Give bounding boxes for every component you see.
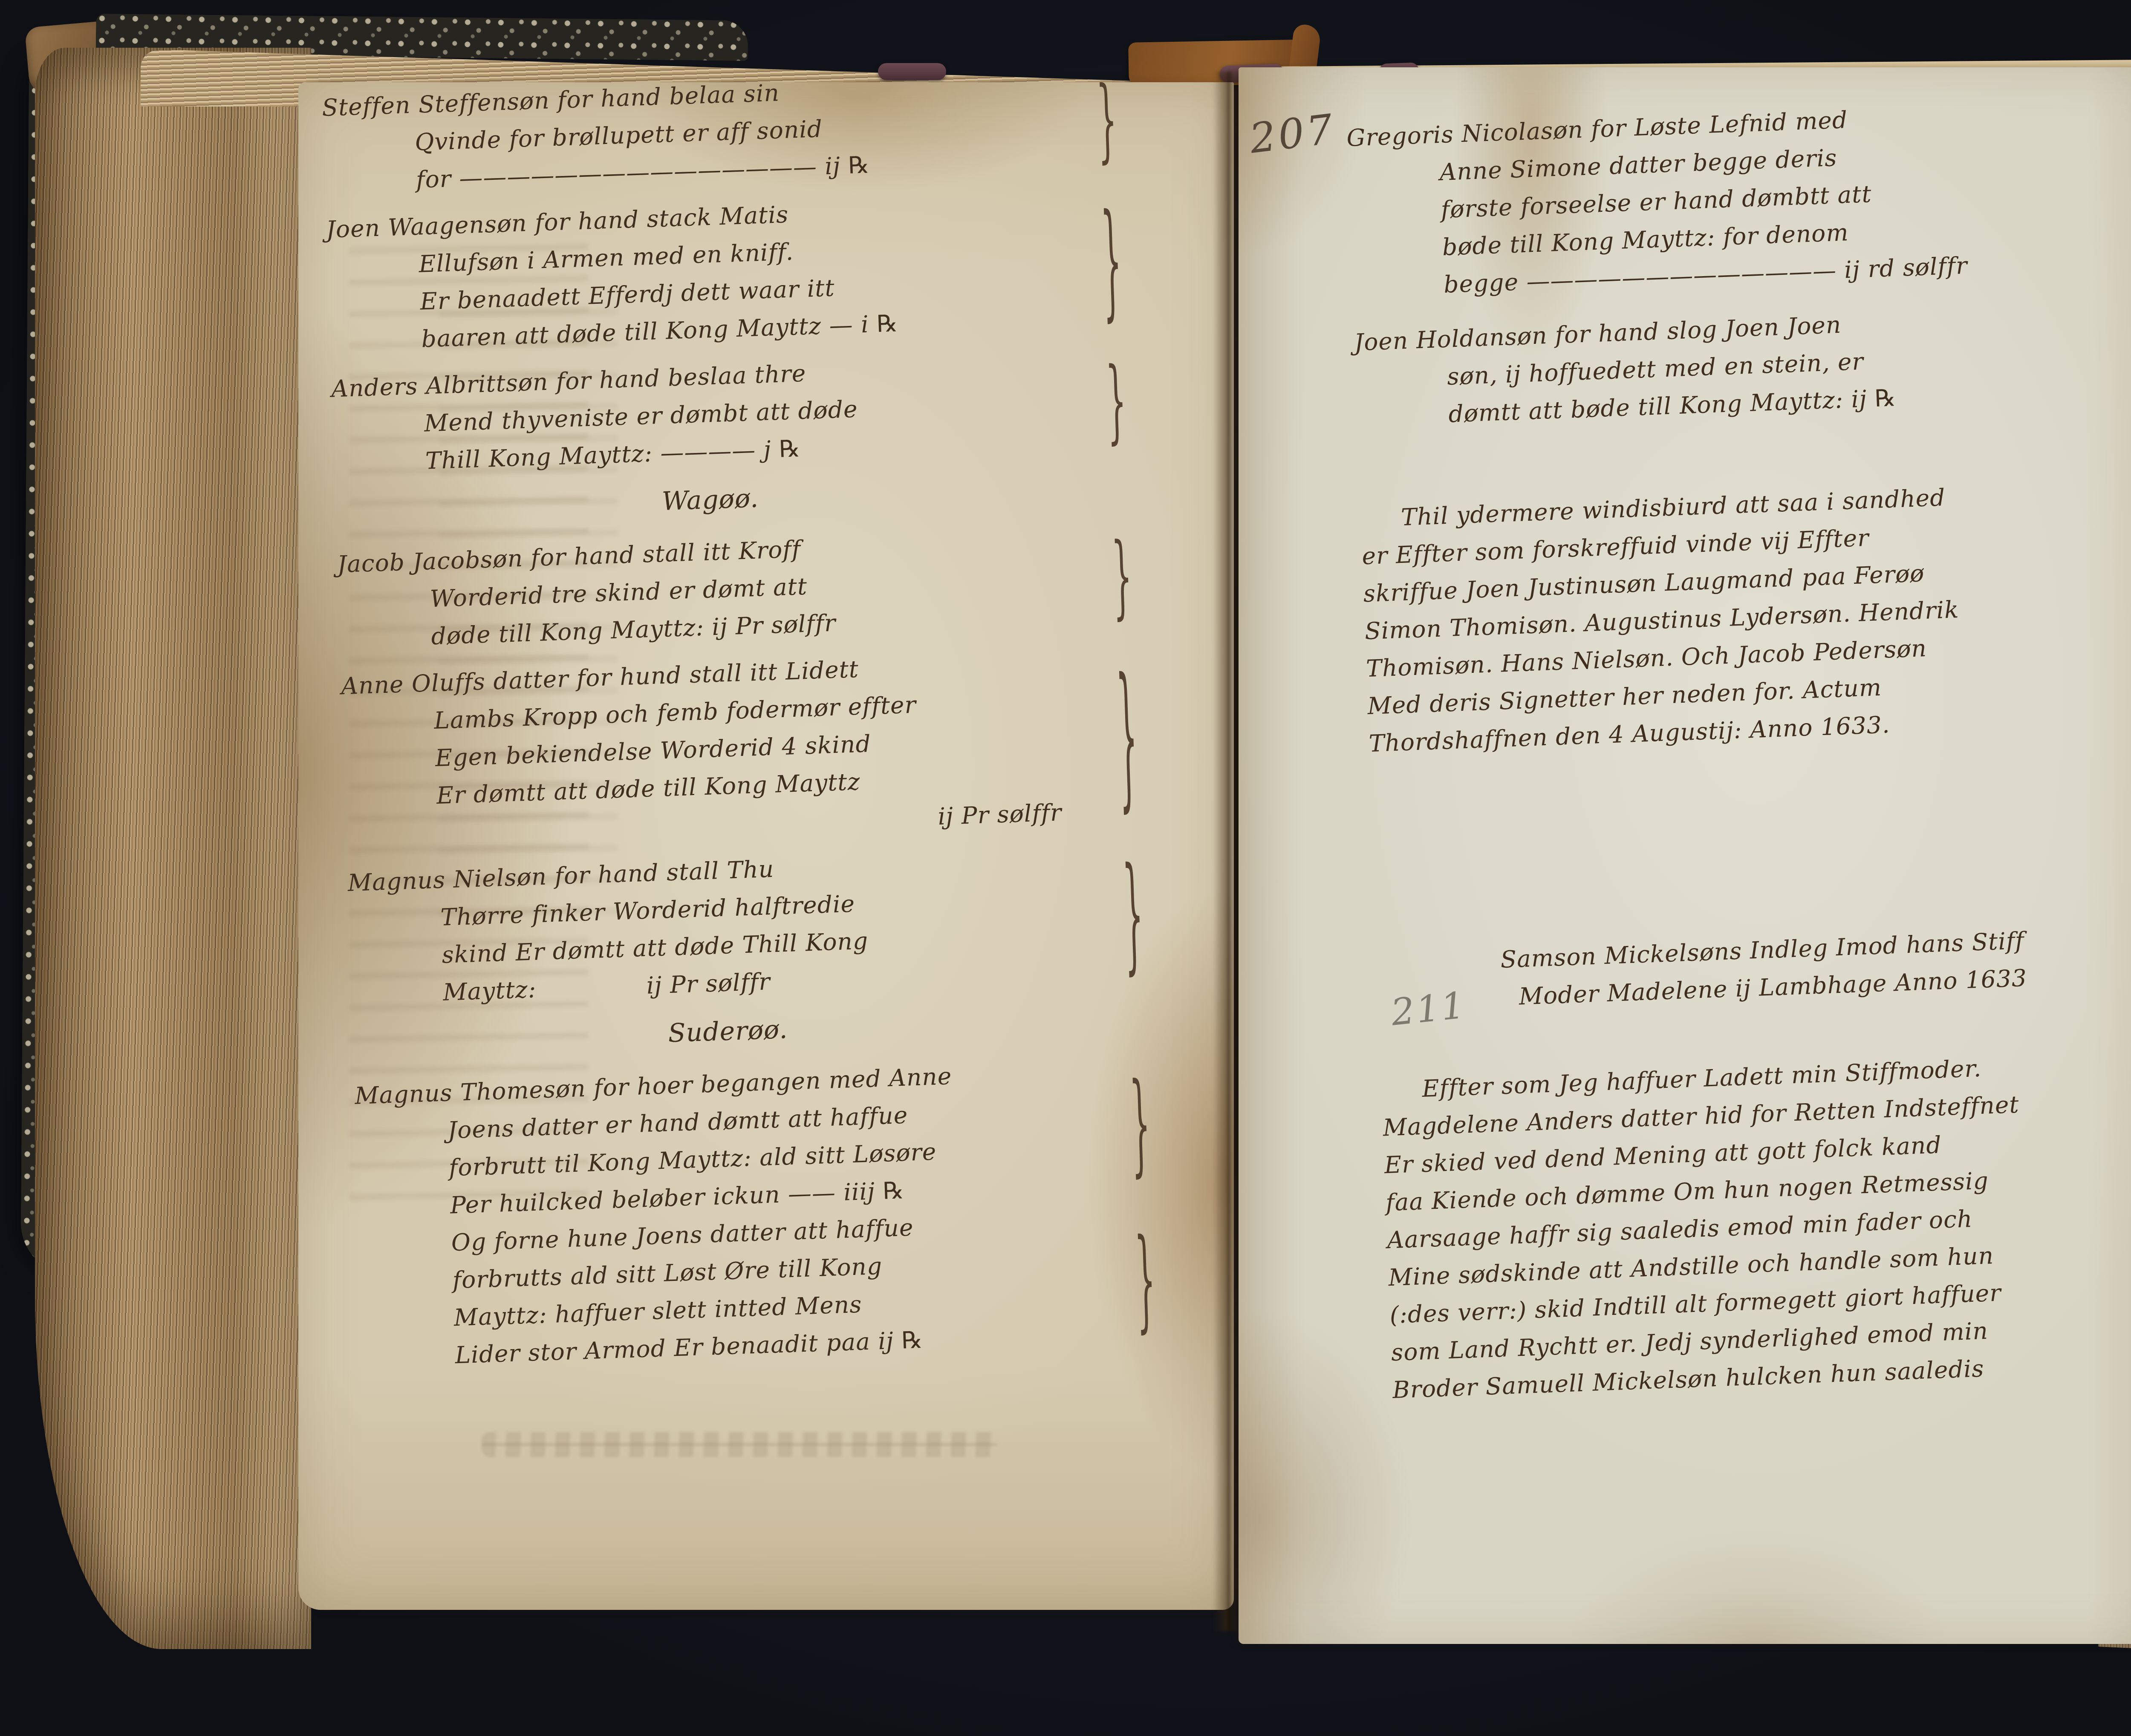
plea-paragraph: Effter som Jeg haffuer Ladett min Stiffm… [1381, 1041, 2131, 1409]
page-stack-fore-edge-left [35, 48, 311, 1649]
district-heading: Wagøø. [403, 469, 1017, 531]
right-page-text: Gregoris Nicolasøn for Løste Lefnid med … [1346, 89, 2131, 1424]
court-record-entry: Anne Oluffs datter for hund stall itt Li… [341, 641, 1139, 855]
court-record-entry: Magnus Thomesøn for hoer begangen med An… [354, 1051, 1156, 1377]
court-record-entry: Steffen Steffensøn for hand belaa sin Qv… [321, 63, 1117, 202]
witness-paragraph: Thil ydermere windisbiurd att saa i sand… [1360, 469, 2131, 762]
entry-brace: } [1134, 1237, 1157, 1321]
entry-brace: } [1115, 677, 1139, 793]
court-record-entry: Jacob Jacobsøn for hand stall itt Kroff … [337, 519, 1133, 658]
left-page-text: Steffen Steffensøn for hand belaa sin Qv… [321, 63, 1157, 1386]
court-record-entry: Joen Waagensøn for hand stack Matis Ellu… [325, 185, 1123, 360]
entry-brace: } [1100, 213, 1123, 307]
manuscript-photo: Steffen Steffensøn for hand belaa sin Qv… [0, 0, 2131, 1736]
court-record-entry: Anders Albrittsøn for hand beslaa thre M… [331, 344, 1127, 483]
faded-crossed-out-line [482, 1432, 997, 1457]
district-heading: Suderøø. [421, 1001, 1035, 1062]
court-record-entry: Magnus Nielsøn for hand stall Thu Thørre… [347, 838, 1144, 1014]
entry-brace: } [1129, 1081, 1152, 1165]
entry-brace: } [1122, 866, 1145, 960]
entry-brace: } [1105, 366, 1127, 435]
entry-brace: } [1111, 542, 1133, 610]
court-record-entry: Gregoris Nicolasøn for Løste Lefnid med … [1346, 89, 2131, 307]
case-title-paragraph: Samson Mickelsøns Indleg Imod hans Stiff… [1376, 915, 2131, 1021]
left-page: Steffen Steffensøn for hand belaa sin Qv… [298, 82, 1234, 1610]
court-record-entry: Joen Holdansøn for hand slog Joen Joen s… [1354, 293, 2131, 436]
page-number: 207 [1247, 105, 1338, 163]
entry-brace: } [1096, 85, 1118, 153]
right-page: 207 211 Gregoris Nicolasøn for Løste Lef… [1239, 67, 2131, 1644]
